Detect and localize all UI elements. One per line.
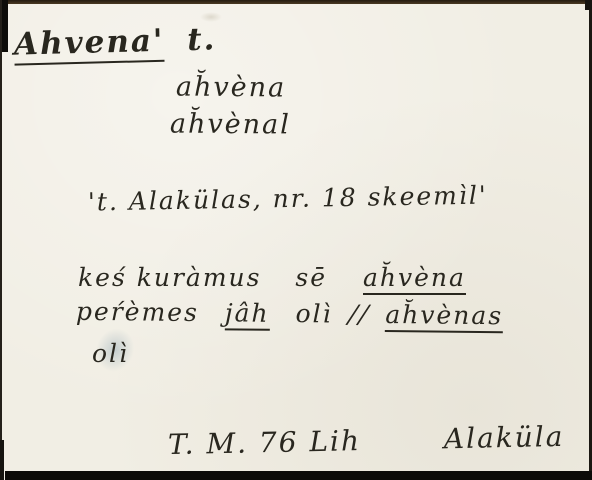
scan-edge-left-bottom (0, 440, 4, 480)
headword: Ahvena' (14, 23, 165, 66)
note-line-3: olì (92, 339, 129, 368)
note-line-2-keyword2: ah̆vènas (385, 300, 503, 333)
place-name: Alaküla (443, 420, 564, 456)
source-quote: 't. Alakülas, nr. 18 skeemìl' (88, 181, 488, 217)
variant-separator: // (344, 300, 375, 329)
note-line-2: peŕèmes jâh olì // ah̆vènas (76, 297, 503, 330)
note-line-1-word2: sē (295, 263, 327, 292)
scan-edge-bottom (5, 471, 592, 480)
headword-line: Ahvena' t. (14, 21, 217, 62)
note-line-2-keyword1: jâh (225, 298, 270, 330)
headword-abbreviation: t. (187, 21, 217, 58)
note-line-2-word2: olì (295, 299, 332, 328)
scan-edge-top-right-corner (585, 0, 592, 10)
footer-line: T. M. 76 Lih Alaküla (168, 420, 565, 461)
note-line-2-word1: peŕèmes (76, 297, 199, 327)
inflected-form-1: ah̆vèna (176, 72, 286, 104)
collector-mark: T. M. 76 Lih (168, 424, 362, 461)
scan-edge-left (0, 0, 2, 480)
note-line-1: keś kuràmus sē ah̆vèna (78, 263, 466, 292)
scan-edge-top (0, 0, 592, 4)
scanned-index-card: Ahvena' t. ah̆vèna ah̆vènal 't. Alakülas… (0, 0, 592, 480)
inflected-form-2: ah̆vènal (170, 108, 291, 140)
note-line-1-keyword: ah̆vèna (363, 263, 466, 295)
note-line-1-text: keś kuràmus (78, 263, 261, 292)
